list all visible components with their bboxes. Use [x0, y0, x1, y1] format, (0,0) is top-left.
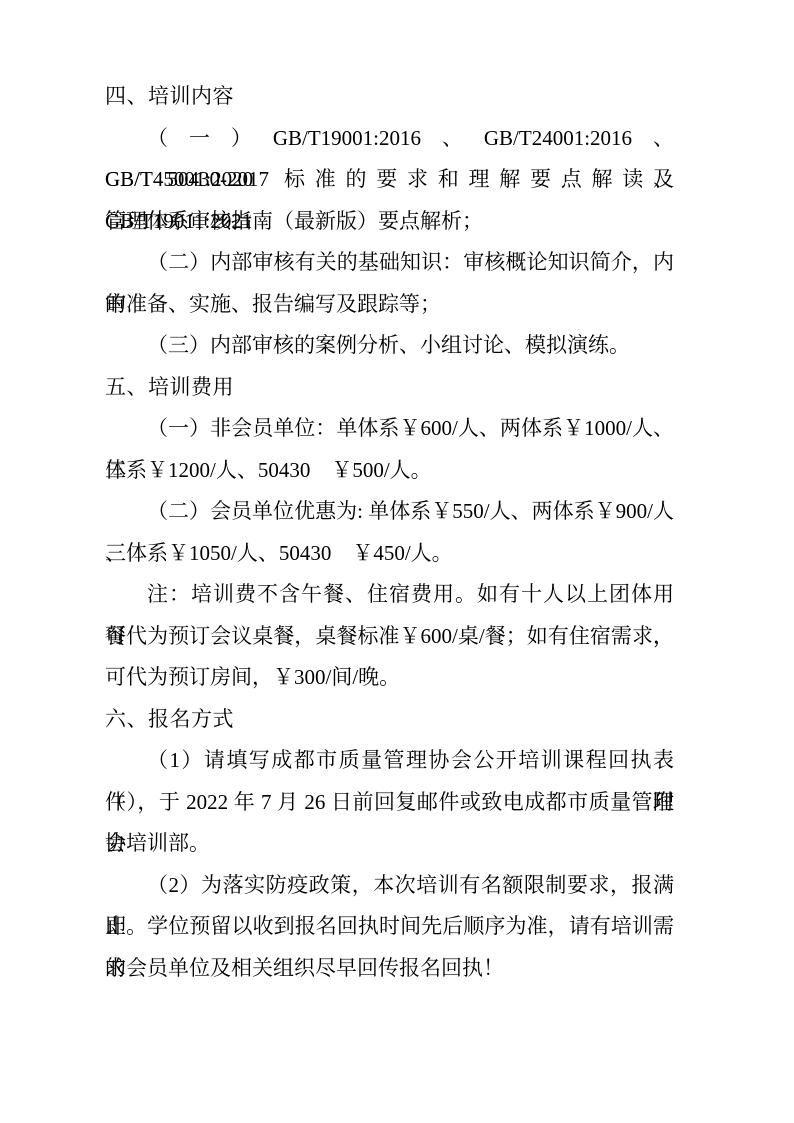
document-text-line: （一）非会员单位：单体系￥600/人、两体系￥1000/人、三	[105, 408, 674, 450]
document-text-line: 体系￥1200/人、50430 ￥500/人。	[105, 450, 674, 492]
heading-registration-method: 六、报名方式	[105, 699, 674, 741]
document-text-line: （一）GB/T19001:2016、GB/T24001:2016、GB/T450…	[105, 118, 674, 160]
document-text-line: （三）内部审核的案例分析、小组讨论、模拟演练。	[105, 325, 674, 367]
document-text-line: 件），于 2022 年 7 月 26 日前回复邮件或致电成都市质量管理协	[105, 782, 674, 824]
document-text-line: 可代为预订房间，￥300/间/晚。	[105, 657, 674, 699]
document-text-line: （2）为落实防疫政策，本次培训有名额限制要求，报满即	[105, 865, 674, 907]
document-text-line: 三体系￥1050/人、50430 ￥450/人。	[105, 533, 674, 575]
document-text-line: （二）会员单位优惠为: 单体系￥550/人、两体系￥900/人 、	[105, 491, 674, 533]
document-text-line: 可代为预订会议桌餐，桌餐标准￥600/桌/餐；如有住宿需求，	[105, 616, 674, 658]
document-text-line: 的会员单位及相关组织尽早回传报名回执！	[105, 948, 674, 990]
document-page: 四、培训内容 （一）GB/T19001:2016、GB/T24001:2016、…	[105, 76, 674, 989]
heading-training-content: 四、培训内容	[105, 76, 674, 118]
document-text-line: 会培训部。	[105, 823, 674, 865]
document-text-line: 注：培训费不含午餐、住宿费用。如有十人以上团体用餐，	[105, 574, 674, 616]
document-text-line: 管理体系审核指南（最新版）要点解析；	[105, 201, 674, 243]
document-text-line: 的准备、实施、报告编写及跟踪等；	[105, 284, 674, 326]
document-text-line: GB/T 50430-2017 标准的要求和理解要点解读及 GB/T19011:…	[105, 159, 674, 201]
document-text-line: 止。学位预留以收到报名回执时间先后顺序为准，请有培训需求	[105, 906, 674, 948]
document-text-line: （1）请填写成都市质量管理协会公开培训课程回执表（附	[105, 740, 674, 782]
heading-training-fees: 五、培训费用	[105, 367, 674, 409]
document-text-line: （二）内部审核有关的基础知识：审核概论知识简介，内审	[105, 242, 674, 284]
